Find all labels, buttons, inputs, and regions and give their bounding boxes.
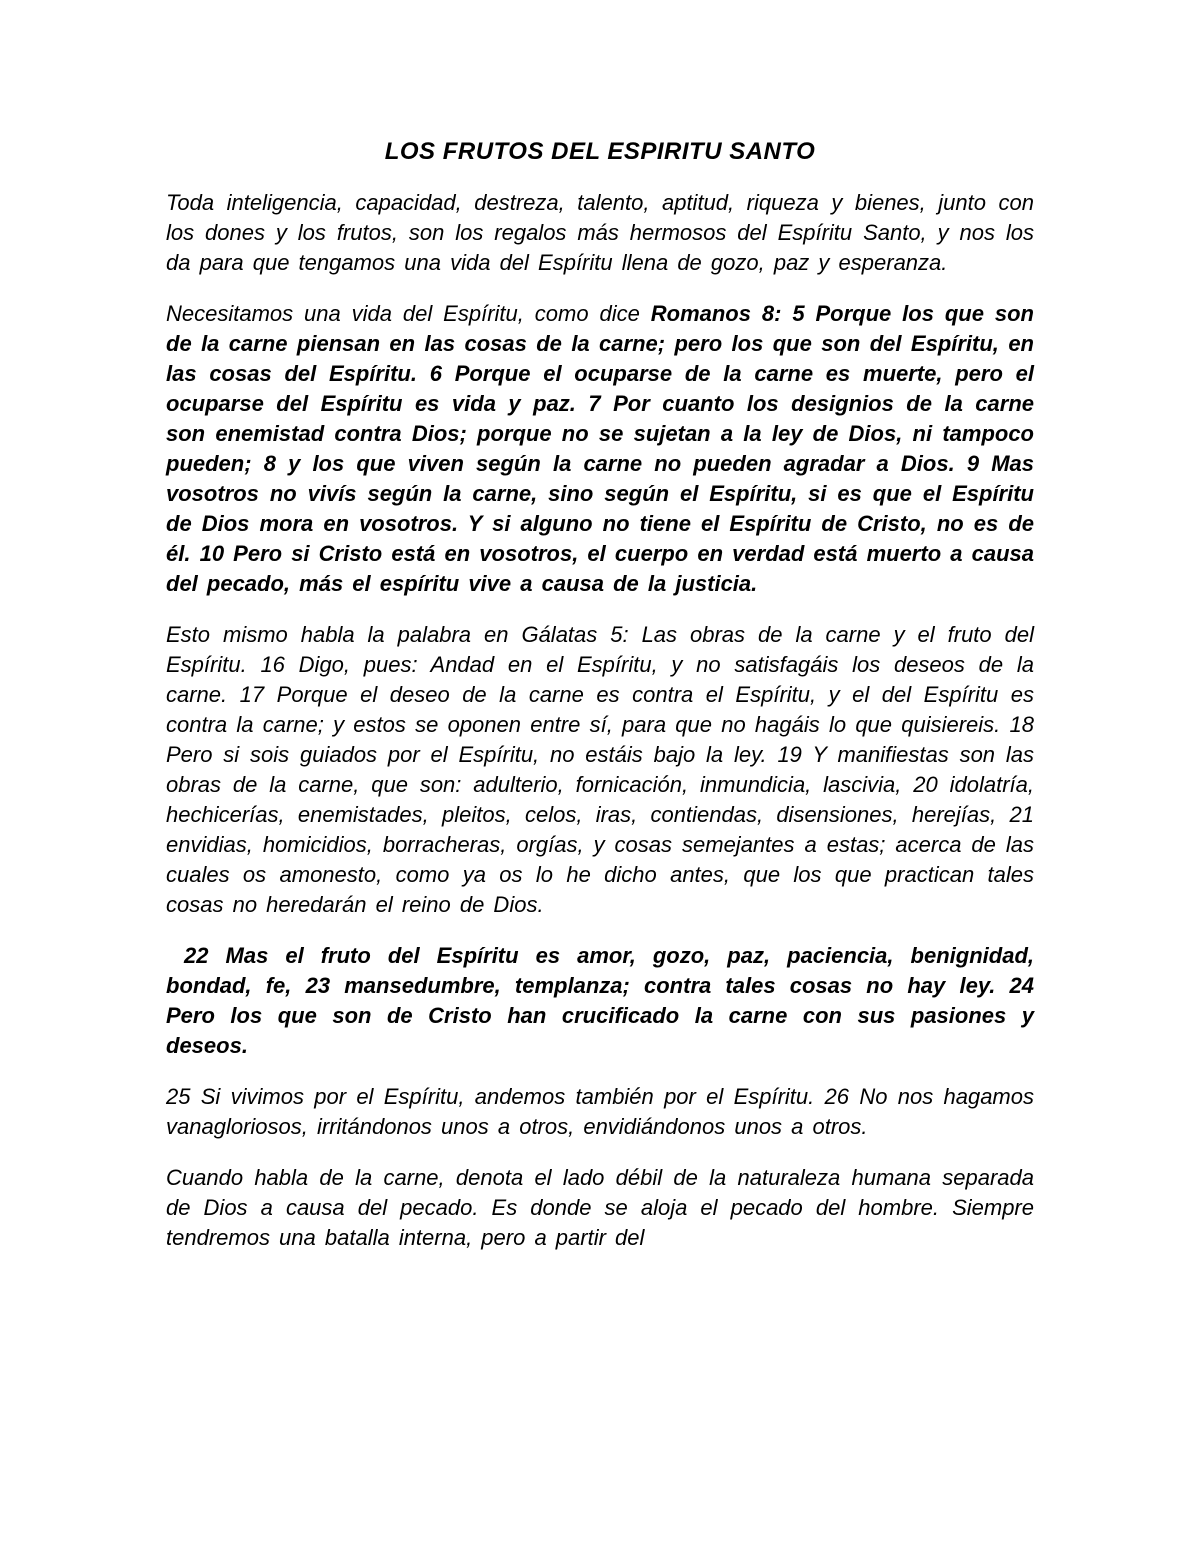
text-run: Cuando habla de la carne, denota el lado… <box>166 1165 1034 1250</box>
bold-text-run: 22 Mas el fruto del Espíritu es amor, go… <box>166 943 1034 1058</box>
paragraphs-container: Toda inteligencia, capacidad, destreza, … <box>166 188 1034 1253</box>
paragraph: Toda inteligencia, capacidad, destreza, … <box>166 188 1034 278</box>
paragraph: 25 Si vivimos por el Espíritu, andemos t… <box>166 1082 1034 1142</box>
paragraph: Necesitamos una vida del Espíritu, como … <box>166 299 1034 599</box>
page-title: LOS FRUTOS DEL ESPIRITU SANTO <box>166 138 1034 166</box>
paragraph: 22 Mas el fruto del Espíritu es amor, go… <box>166 941 1034 1061</box>
document-content: LOS FRUTOS DEL ESPIRITU SANTO Toda intel… <box>166 138 1034 1253</box>
text-run: Necesitamos una vida del Espíritu, como … <box>166 301 651 326</box>
paragraph: Cuando habla de la carne, denota el lado… <box>166 1163 1034 1253</box>
text-run: 25 Si vivimos por el Espíritu, andemos t… <box>166 1084 1034 1139</box>
text-run: Toda inteligencia, capacidad, destreza, … <box>166 190 1034 275</box>
text-run: Esto mismo habla la palabra en Gálatas 5… <box>166 622 1034 917</box>
document-page: LOS FRUTOS DEL ESPIRITU SANTO Toda intel… <box>0 0 1200 1553</box>
paragraph: Esto mismo habla la palabra en Gálatas 5… <box>166 620 1034 920</box>
bold-text-run: Romanos 8: 5 Porque los que son de la ca… <box>166 301 1034 596</box>
